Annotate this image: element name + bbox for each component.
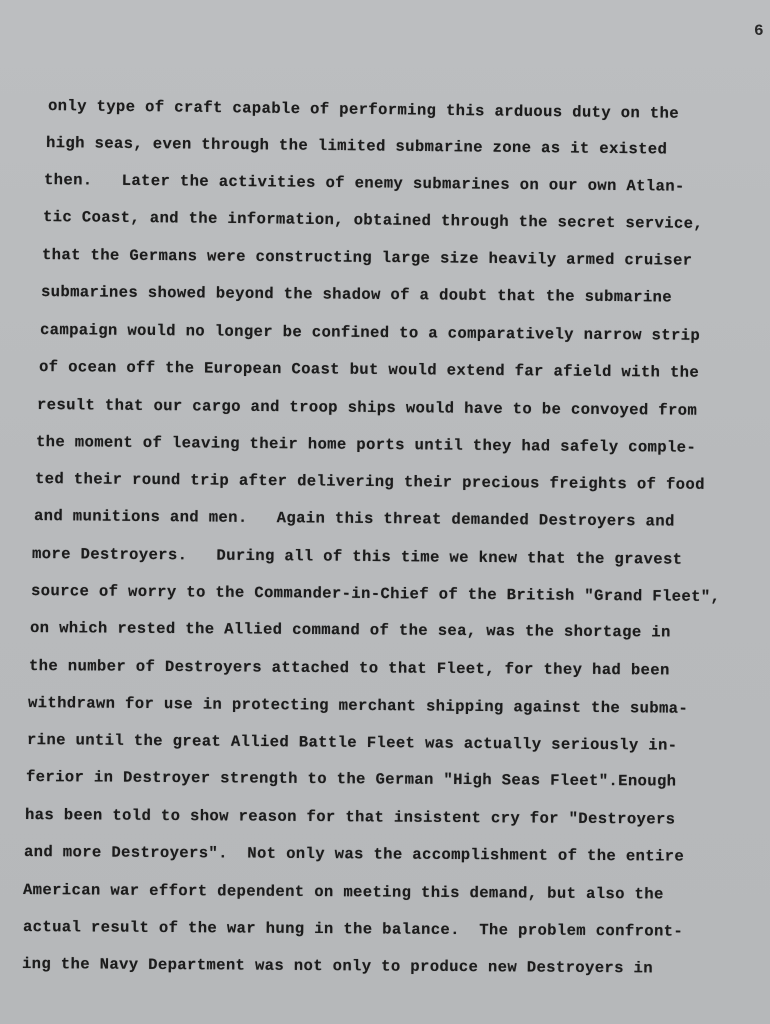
text-line: submarines showed beyond the shadow of a…: [41, 283, 672, 307]
text-line: ted their round trip after delivering th…: [35, 470, 705, 494]
text-line: tic Coast, and the information, obtained…: [43, 208, 703, 233]
text-line: withdrawn for use in protecting merchant…: [28, 694, 688, 718]
text-line: and more Destroyers". Not only was the a…: [24, 843, 684, 866]
text-line: and munitions and men. Again this threat…: [34, 507, 675, 531]
text-line: only type of craft capable of performing…: [48, 97, 679, 123]
text-line: more Destroyers. During all of this time…: [32, 545, 683, 569]
text-line: has been told to show reason for that in…: [25, 806, 676, 829]
text-line: that the Germans were constructing large…: [42, 246, 693, 270]
text-line: result that our cargo and troop ships wo…: [37, 396, 697, 420]
text-line: actual result of the war hung in the bal…: [23, 918, 683, 941]
document-page: 6 only type of craft capable of performi…: [0, 0, 770, 1024]
text-line: ing the Navy Department was not only to …: [22, 955, 653, 977]
text-line: on which rested the Allied command of th…: [30, 619, 671, 641]
text-line: the moment of leaving their home ports u…: [36, 433, 696, 457]
page-number: 6: [754, 22, 764, 40]
text-line: rine until the great Allied Battle Fleet…: [27, 731, 678, 755]
text-line: campaign would no longer be confined to …: [40, 321, 700, 345]
text-line: source of worry to the Commander-in-Chie…: [31, 582, 720, 606]
text-line: ferior in Destroyer strength to the Germ…: [26, 768, 677, 791]
text-line: American war effort dependent on meeting…: [23, 881, 664, 903]
text-line: high seas, even through the limited subm…: [46, 134, 667, 159]
text-line: of ocean off the European Coast but woul…: [39, 358, 699, 382]
text-line: the number of Destroyers attached to tha…: [29, 657, 670, 679]
text-line: then. Later the activities of enemy subm…: [44, 171, 685, 196]
